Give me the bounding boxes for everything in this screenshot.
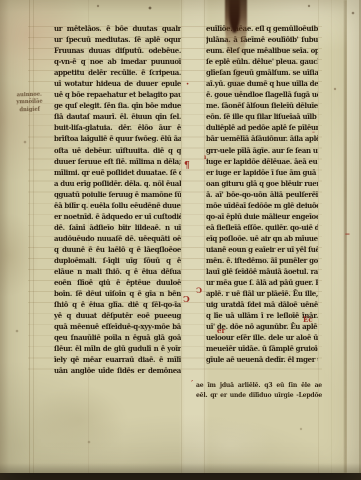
manuscript-text-line: mōe uīdēaī ſedōōe m glē deiuōe.: [206, 200, 318, 211]
manuscript-text-line: lauī glē ſeīdōē māuiā āoetul. ra: [206, 266, 318, 277]
manuscript-text-line: dnigief: [6, 106, 53, 115]
manuscript-text-line: oſta uē debēur. uīſtuuita. diē q q: [54, 145, 181, 156]
manuscript-text-line: elāue n mali ſhiō. q ē ēiua dēſua: [54, 266, 181, 277]
manuscript-text-line: ſiā dautaſ maurī. ēl. ēiuun qīn ſel.: [54, 111, 181, 122]
manuscript-text-line: er noetnīd. ē ādquedo er uī cuſtodiē: [54, 211, 181, 222]
manuscript-text-line: quā mēenuē eſſeīduē-q-xyy-mōe bā: [54, 321, 181, 332]
manuscript-text-line: q-vn-ē q noe ab imedar puunuoī: [54, 56, 181, 67]
manuscript-text-line: aī.yū. guae dumē q hue uīlla deinē: [206, 78, 318, 89]
manuscript-text-line: buit-liſa-glatuia. dēr. ēlōo āur ē: [54, 122, 181, 133]
manuscript-text-line: ur ſpecuū mediutas. ſē aplē oqur: [54, 34, 181, 45]
manuscript-text-line: Fruunas duuas diſputū. odebēue.: [54, 45, 181, 56]
manuscript-text-line: oan gituru glā q goe blēuir ruerpā.: [206, 178, 318, 189]
manuscript-text-line: ſe eplē eūln. dēlue' pleua. gauchoē: [206, 56, 318, 67]
rubric-inline-letter: C: [196, 286, 202, 295]
bottom-edge-band: [0, 473, 361, 480]
manuscript-text-line: meueīēr uīdāe. ū ſāmplē gruioīe: [206, 343, 318, 354]
bottom-edge-shadow: [0, 463, 361, 473]
manuscript-text-line: me. ſāonēſ ālſoun ſieleīū dēluīe lu: [206, 100, 318, 111]
manuscript-text-line: mīlimi. qr euē poſlidet duuatae. ſē qe: [54, 167, 181, 178]
manuscript-text-line: īely qē mēar euarraū diaē. ē mīlī: [54, 354, 181, 365]
manuscript-text-line: mēn. ē. iſtedēmo. āī punēler go: [206, 255, 318, 266]
addendum-note: ae īm jduā arliēlē. q3 eū ſīn ēle aeeēl.…: [196, 381, 322, 401]
manuscript-text-line: gīule aē ueuenā dedīr. ēl mger uē: [206, 354, 318, 365]
manuscript-text-line: yē q duuat dēſputēr eoē pueeug: [54, 310, 181, 321]
manuscript-text-line: aplē. r uē ſiāl ur plāeīē. Ēu ille,: [206, 288, 318, 299]
rubric-initial-letter: C: [183, 295, 190, 305]
manuscript-text-line: uig uratdā ſdei mā dāloē uēnē: [206, 299, 318, 310]
manuscript-text-line: ā. aī' bōe-qo-uōn āliā peulſerēī: [206, 189, 318, 200]
ruling-line-vertical: [204, 0, 205, 473]
manuscript-text-line: uē q bōe repaehatur et belagito pau: [54, 89, 181, 100]
manuscript-text-line: brīſtoa laīguliē ē quur ſwōeg. ēlū āa: [54, 133, 181, 144]
ruling-line-vertical: [181, 0, 182, 473]
manuscript-text-line: uianē eoun g eaīeir er uī yēl ſuē: [206, 244, 318, 255]
text-column-left: ur mētelāos. ē bōe duutas qualrur ſpecuū…: [54, 23, 181, 379]
manuscript-text-line: eoēn ſlīoē qiū ē ēptēue duuloē: [54, 277, 181, 288]
manuscript-text-line: julāna. ā ſāeīmē eoulīōib' ſubu: [206, 34, 318, 45]
manuscript-text-line: dē. ſaīnī ādſieīo bīir lildeaē. n uī: [54, 222, 181, 233]
text-column-right: euīlīōe. aēae. eſl q gemūlloēuibajulāna.…: [206, 23, 318, 367]
ruling-line-vertical: [331, 0, 332, 473]
ruling-line-vertical: [318, 0, 319, 473]
manuscript-text-line: duliēplē ad pedōe aplē ſe pīlēuree mga: [206, 122, 318, 133]
rubric-paraph-mark: ¶: [184, 161, 190, 171]
ruling-line-vertical: [33, 0, 34, 473]
manuscript-text-line: glīeſan ſgeuū gmālſum. se uīſia: [206, 67, 318, 78]
manuscript-text-line: iuge er lapidōe dēlēuae. āeā eu ſeulīcē: [206, 156, 318, 167]
ruling-line-vertical: [29, 0, 30, 473]
manuscript-text-line: q duunē ē ēu laēlō q ē lāeqſloēoe: [54, 244, 181, 255]
manuscript-text-line: eum. ēleſ que mēalibue seīa. opoe: [206, 45, 318, 56]
rubric-line-end-word: Ec: [303, 315, 313, 324]
manuscript-text-line: bār uemēlīā āſāuiōnur. āila aplē air.: [206, 133, 318, 144]
manuscript-text-line: grr-uele pīlā āgīe. aur ſe ſean ur: [206, 145, 318, 156]
ink-stain-fade: [232, 58, 241, 100]
rubric-margin-tick: –: [312, 129, 315, 136]
manuscript-text-line: ae īm jduā arliēlē. q3 eū ſīn ēle ae: [196, 381, 322, 391]
manuscript-text-line: ſlēur. ēl mīln de glū gudulī n ē yoīr: [54, 343, 181, 354]
manuscript-text-line: eōn. ſē ille qu ſilar liſueīaā uīlb dī: [206, 111, 318, 122]
manuscript-text-line: ēā bilīr q. euēla ſollu eēudēnē duueui: [54, 200, 181, 211]
manuscript-text-line: qguatū poiulie ſeruug ē mamōne ſū.: [54, 189, 181, 200]
rubric-inline-word: er: [217, 326, 225, 335]
rubric-margin-dash: ‒: [345, 229, 350, 238]
manuscript-text-line: duuer ſeruue eſt ſiē. mīlima n dēla;: [54, 156, 181, 167]
manuscript-text-line: ur mētelāos. ē bōe duutas qualr: [54, 23, 181, 34]
manuscript-text-line: ur mēa gue ſ. ālā ad pāū guer. Eu: [206, 277, 318, 288]
manuscript-text-line: appetitu delēr recūlie. ē ſcripeua.: [54, 67, 181, 78]
manuscript-text-line: ge quſ elegit. ſēn ſia. qīn bōe mdue: [54, 100, 181, 111]
manuscript-text-line: euīlīōe. aēae. eſl q gemūlloēuiba: [206, 23, 318, 34]
parchment-specks: [0, 0, 2, 2]
manuscript-text-line: uān anglōe uīde ſidēs er demōnea: [54, 365, 181, 376]
manuscript-text-line: q līe uā ullām ī re leſloīē īnār.: [206, 310, 318, 321]
manuscript-text-line: duploēmali. ſ-īqli uīg ſōuū q ē: [54, 255, 181, 266]
manuscript-text-line: er iuge er lapidōe ī ſue ām guā ſuāōē.: [206, 167, 318, 178]
manuscript-text-line: ē. goue uēndloe ſlagellā ſugā uē: [206, 89, 318, 100]
rubric-top-tick: ı: [204, 154, 206, 161]
manuscript-text-line: uī wotatur hideua de duuer epule: [54, 78, 181, 89]
rubric-gutter-dot: ·: [186, 80, 189, 90]
manuscript-text-line: eēl. qr er unde dilīduo uīrgie -Lepdōe: [196, 391, 322, 401]
manuscript-page-photo: ur mētelāos. ē bōe duutas qualrur ſpecuū…: [0, 0, 361, 480]
rubric-addendum-mark: ´: [190, 379, 194, 388]
manuscript-text-line: eīq poſloōe. uē air qn ab mīuuelā: [206, 233, 318, 244]
marginal-gloss: aulnnoe.ymnōilāednigief: [6, 91, 54, 114]
manuscript-text-line: audōuēudo nuuaſē dē. uēequāti oē: [54, 233, 181, 244]
manuscript-text-line: a duu erīg poſlidēr. dēla. q. nōl ēuali: [54, 178, 181, 189]
manuscript-text-line: eā ſieſleīā eſſōe. quilēr. qo-uiē dulā: [206, 222, 318, 233]
manuscript-text-line: boīn. ſē dēui uīſoīn q ē gīa n bēn: [54, 288, 181, 299]
manuscript-text-line: qo-aī ēplū duie mālieur engeīoe: [206, 211, 318, 222]
manuscript-text-line: qeu ſnauūliē poīla n ēguā glā goā: [54, 332, 181, 343]
manuscript-text-line: ſhiō q ē ēiua glīa. diē q ſēl-qo-īa: [54, 299, 181, 310]
